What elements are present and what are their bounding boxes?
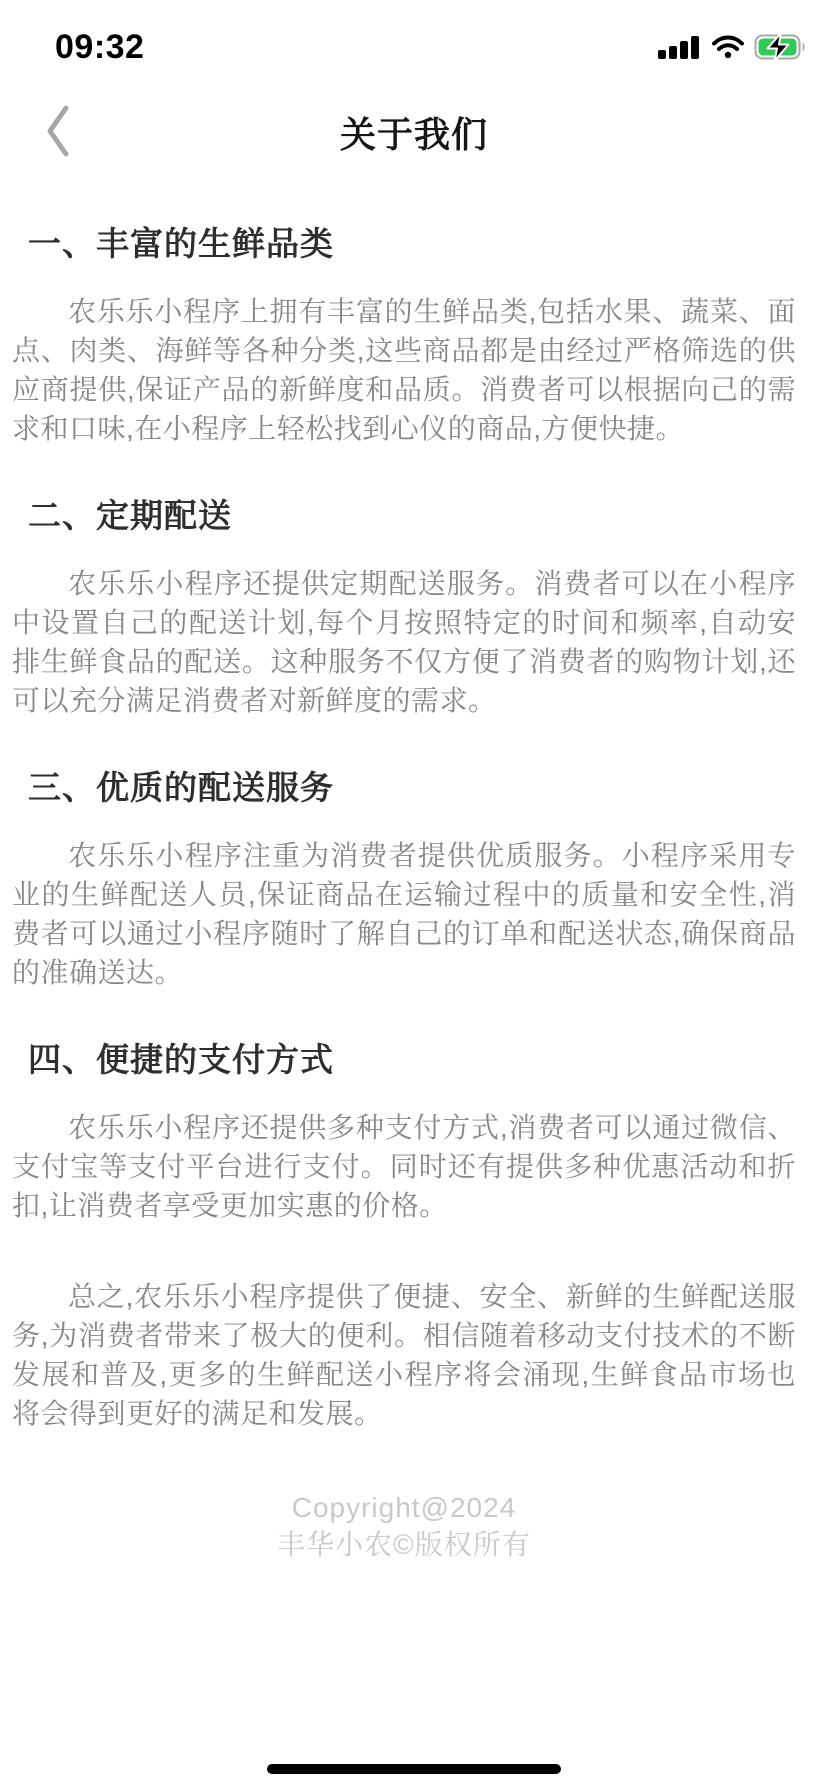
copyright-footer: Copyright@2024 丰华小农©版权所有: [12, 1489, 796, 1563]
nav-bar: 关于我们: [0, 88, 828, 176]
copyright-line: Copyright@2024: [12, 1489, 796, 1526]
section-heading-3: 三、优质的配送服务: [12, 766, 796, 810]
home-indicator[interactable]: [267, 1764, 561, 1774]
section-paragraph-4: 农乐乐小程序还提供多种支付方式,消费者可以通过微信、支付宝等支付平台进行支付。同…: [12, 1108, 796, 1225]
page-title: 关于我们: [340, 107, 488, 158]
section-heading-2: 二、定期配送: [12, 494, 796, 538]
section-paragraph-2: 农乐乐小程序还提供定期配送服务。消费者可以在小程序中设置自己的配送计划,每个月按…: [12, 564, 796, 720]
about-content: 一、丰富的生鲜品类 农乐乐小程序上拥有丰富的生鲜品类,包括水果、蔬菜、面点、肉类…: [0, 222, 828, 1563]
battery-charging-icon: [754, 33, 810, 61]
status-time: 09:32: [55, 28, 144, 67]
status-icons: [658, 33, 810, 61]
section-heading-4: 四、便捷的支付方式: [12, 1038, 796, 1082]
chevron-left-icon: [44, 103, 72, 162]
closing-paragraph: 总之,农乐乐小程序提供了便捷、安全、新鲜的生鲜配送服务,为消费者带来了极大的便利…: [12, 1277, 796, 1433]
section-paragraph-3: 农乐乐小程序注重为消费者提供优质服务。小程序采用专业的生鲜配送人员,保证商品在运…: [12, 836, 796, 992]
about-page: 09:32: [0, 0, 828, 1792]
rights-line: 丰华小农©版权所有: [12, 1526, 796, 1563]
cellular-signal-icon: [658, 35, 702, 59]
wifi-icon: [712, 35, 744, 59]
back-button[interactable]: [44, 102, 84, 162]
status-bar: 09:32: [0, 0, 828, 88]
section-paragraph-1: 农乐乐小程序上拥有丰富的生鲜品类,包括水果、蔬菜、面点、肉类、海鲜等各种分类,这…: [12, 292, 796, 448]
section-heading-1: 一、丰富的生鲜品类: [12, 222, 796, 266]
